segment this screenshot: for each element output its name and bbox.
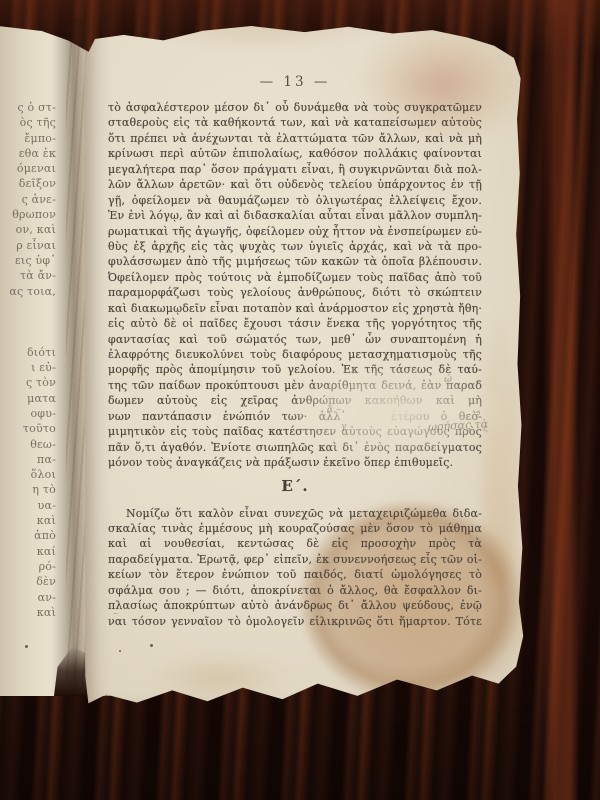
text-line: γῇ, ὀφείλομεν νὰ θαυμάζωμεν τὸ ὀλιγωτέρα… (108, 193, 482, 208)
left-page-text-fragment: δὲν (2, 574, 56, 589)
left-page-text-fragment: όμεναι (2, 161, 56, 176)
text-line: τὸ ἀσφαλέστερον μέσον δι᾽ οὗ δυνάμεθα νὰ… (108, 100, 482, 115)
text-line: παραδείγματα. Ἐρωτᾷ, φερ᾽ εἰπεῖν, ἐκ συν… (108, 552, 482, 567)
paragraph-2: Νομίζω ὅτι καλὸν εἶναι συνεχῶς νὰ μεταχε… (108, 506, 482, 630)
text-line: λῶν ἄλλων ἀρετῶν· καὶ ὅτι οὐδενὸς τελείο… (108, 177, 482, 192)
text-line: μεγαλήτερα παρ᾽ ὅσον πράγματι εἶναι, ἢ σ… (108, 162, 482, 177)
left-page-text-fragment: ς τὸν (2, 375, 56, 390)
photo-scene: ς ὁ στ-ὸς τῆςἔμπο-εθα ἐκόμεναιδεῖξονς ἀν… (0, 0, 600, 800)
left-page-text-fragment (2, 299, 56, 314)
left-page-text-fragment: ἔμπο- (2, 131, 56, 146)
left-page-text-fragment: δεῖξον (2, 176, 56, 191)
text-line: παραμορφάζωσι τοὺς γελοίους ἀνθρώπους, δ… (108, 285, 482, 300)
left-page-text-fragment: ς ἀνε- (2, 192, 56, 207)
left-page-text-fragment: καί (2, 544, 56, 559)
text-line: ρωματικαὶ τῆς ἀγωγῆς, ὀφείλομεν οὐχ ἧττο… (108, 224, 482, 239)
text-line: καὶ διακωμῳδεῖν εἶναι ποταπὸν καὶ ἀνάρμο… (108, 301, 482, 316)
text-line: Ὀφείλομεν πρὸς τούτοις νὰ ἐμποδίζωμεν το… (108, 270, 482, 285)
text-line: σκαλίας τινὰς ἐμμέσους μὴ κουραζούσας μὲ… (108, 521, 482, 536)
text-line: μιμητικὸν εἰς τοὺς παῖδας κατέστησεν αὐτ… (108, 424, 482, 439)
bottom-left-stain (144, 652, 294, 704)
text-line: της τῶν παίδων προκύπτουσι μὲν ἀναρίθμητ… (108, 378, 482, 393)
ink-speck (150, 644, 153, 647)
text-line: κείων τὸν ἕτερον ἐνώπιον τοῦ παιδός, δια… (108, 567, 482, 582)
left-page-text-fragment: η τὸ (2, 482, 56, 497)
left-page-text-fragment: υα- (2, 498, 56, 513)
text-line: μόνον τοὺς ἀναγκάζεις νὰ πράξωσιν ἐκεῖνο… (108, 455, 482, 470)
left-page-text-fragment: καὶ (2, 513, 56, 528)
text-line: σταθεροὺς εἰς τὰ καθήκοντά των, καὶ νὰ κ… (108, 115, 482, 130)
left-page-text-fragment: ἀπὸ (2, 528, 56, 543)
page-number: — 13 — (108, 74, 482, 90)
ink-speck (25, 645, 28, 648)
section-heading: Ε΄. (108, 479, 482, 497)
text-line: ἐλαφρότης διευκολύνει τοὺς διαφόρους μετ… (108, 347, 482, 362)
left-page-text-column: ς ὁ στ-ὸς τῆςἔμπο-εθα ἐκόμεναιδεῖξονς ἀν… (2, 100, 56, 620)
left-page-text-fragment (2, 314, 56, 329)
left-page-text-fragment: ον, καὶ (2, 222, 56, 237)
left-page-text-fragment: οφυ- (2, 406, 56, 421)
left-page-text-fragment: ματα (2, 391, 56, 406)
page-text: τὸ ἀσφαλέστερον μέσον δι᾽ οὗ δυνάμεθα νὰ… (108, 100, 482, 629)
left-page-text-fragment: ρ εἶναι (2, 238, 56, 253)
left-page-text-fragment: ὅλοι (2, 467, 56, 482)
text-line: πᾶν ὅ,τι ἀγαθόν. Ἐνίοτε σιωπηλῶς καὶ δι᾽… (108, 440, 482, 455)
text-line: Ἐν ἑνὶ λόγῳ, ἂν καὶ αἱ διδασκαλίαι αὗται… (108, 208, 482, 223)
text-line: Νομίζω ὅτι καλὸν εἶναι συνεχῶς νὰ μεταχε… (108, 506, 482, 521)
text-line: πλασίως ἀποκρύπτων αὐτὸ ἀνάνδρως δι᾽ ἄλλ… (108, 598, 482, 613)
text-line: θὺς ἐξ ἀρχῆς εἰς τὰς ψυχὰς των ὑγιεῖς ἀρ… (108, 239, 482, 254)
text-line: κρίνωσι περὶ αὐτῶν ἐπιπολαίως, καθόσον π… (108, 146, 482, 161)
left-page-text-fragment: τὰ ἄν- (2, 268, 56, 283)
text-line: καὶ αἱ νουθεσίαι, κεντώσας δὲ εἰς προσοχ… (108, 536, 482, 551)
handwritten-annotation: ώ (443, 373, 453, 385)
text-line: εἰς αὐτὸ δὲ οἱ παῖδες ἔχουσι τάσιν ἕνεκα… (108, 316, 482, 331)
handwritten-annotation: ἃ ⎯ (327, 405, 341, 416)
paragraph-1: τὸ ἀσφαλέστερον μέσον δι᾽ οὗ δυνάμεθα νὰ… (108, 100, 482, 471)
left-page-text-fragment: ρό- (2, 559, 56, 574)
text-line: φυλάσσωμεν ἀπὸ τῆς μιμήσεως τῶν κακῶν τὰ… (108, 254, 482, 269)
left-page-text-fragment: εις ὑφ᾽ (2, 253, 56, 268)
left-page-text-fragment (2, 329, 56, 344)
left-page-text-fragment: τοῦτο (2, 421, 56, 436)
left-page-text-fragment: πα- (2, 452, 56, 467)
text-line: σφάλμα σου ; — διότι, ἀποκρίνεται ὁ ἄλλο… (108, 583, 482, 598)
handwritten-annotation: γ (340, 422, 346, 433)
text-line: ὅτι πρέπει νὰ ἀνέχωνται τὰ ἐλαττώματα τῶ… (108, 131, 482, 146)
ink-speck (119, 650, 121, 652)
left-page-text-fragment: διότι (2, 345, 56, 360)
text-line: μορφῆς πρὸς ἀπομίμησιν τοῦ γελοίου. Ἐκ τ… (108, 362, 482, 377)
book-page: — 13 — τὸ ἀσφαλέστερον μέσον δι᾽ οὗ δυνά… (84, 24, 525, 704)
left-page-text-fragment: καὶ (2, 605, 56, 620)
left-page-text-fragment: θεω- (2, 437, 56, 452)
left-page-text-fragment: εθα ἐκ (2, 146, 56, 161)
text-line: δωμεν αὐτοὺς εἰς χεῖρας ἀνθρώπων κακοήθω… (108, 393, 482, 408)
text-line: νων παντάπασιν ἐνώπιόν των· ἀλλ᾽ ἑτέρου … (108, 409, 482, 424)
left-page-text-fragment: ας τοια, (2, 284, 56, 299)
left-page-text-fragment: ὸς τῆς (2, 115, 56, 130)
right-edge-stain (482, 324, 518, 586)
left-page-text-fragment: αν- (2, 590, 56, 605)
left-page-text-fragment: θρωπον (2, 207, 56, 222)
text-line: φαντασίας καὶ τοῦ σώματός των, μεθ᾽ ὧν σ… (108, 332, 482, 347)
text-line: ναι τόσον γενναῖον τὸ ὁμολογεῖν εἰλικριν… (108, 614, 482, 629)
left-page-text-fragment: ι εὐ- (2, 360, 56, 375)
left-page-text-fragment: ς ὁ στ- (2, 100, 56, 115)
top-edge-stain (144, 20, 374, 48)
